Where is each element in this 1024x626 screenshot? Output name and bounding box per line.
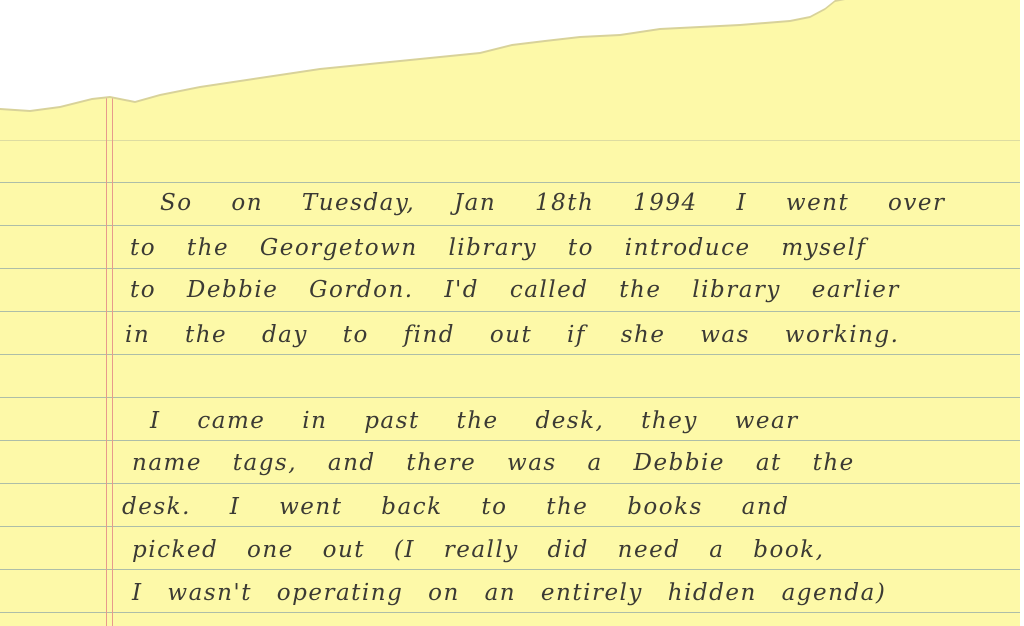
handwritten-line: So on Tuesday, Jan 18th 1994 I went over bbox=[160, 190, 946, 216]
handwritten-line: I wasn't operating on an entirely hidden… bbox=[132, 580, 886, 606]
handwritten-line: desk. I went back to the books and bbox=[122, 494, 789, 520]
scanned-page: So on Tuesday, Jan 18th 1994 I went over… bbox=[0, 0, 1024, 626]
handwritten-line: in the day to find out if she was workin… bbox=[125, 322, 899, 348]
handwritten-text: So on Tuesday, Jan 18th 1994 I went over… bbox=[0, 0, 1020, 626]
handwritten-line: picked one out (I really did need a book… bbox=[132, 537, 824, 563]
handwritten-line: to the Georgetown library to introduce m… bbox=[130, 235, 866, 261]
handwritten-line: name tags, and there was a Debbie at the bbox=[132, 450, 855, 476]
legal-pad-sheet: So on Tuesday, Jan 18th 1994 I went over… bbox=[0, 0, 1020, 626]
handwritten-line: to Debbie Gordon. I'd called the library… bbox=[130, 277, 900, 303]
handwritten-line: I came in past the desk, they wear bbox=[150, 408, 799, 434]
